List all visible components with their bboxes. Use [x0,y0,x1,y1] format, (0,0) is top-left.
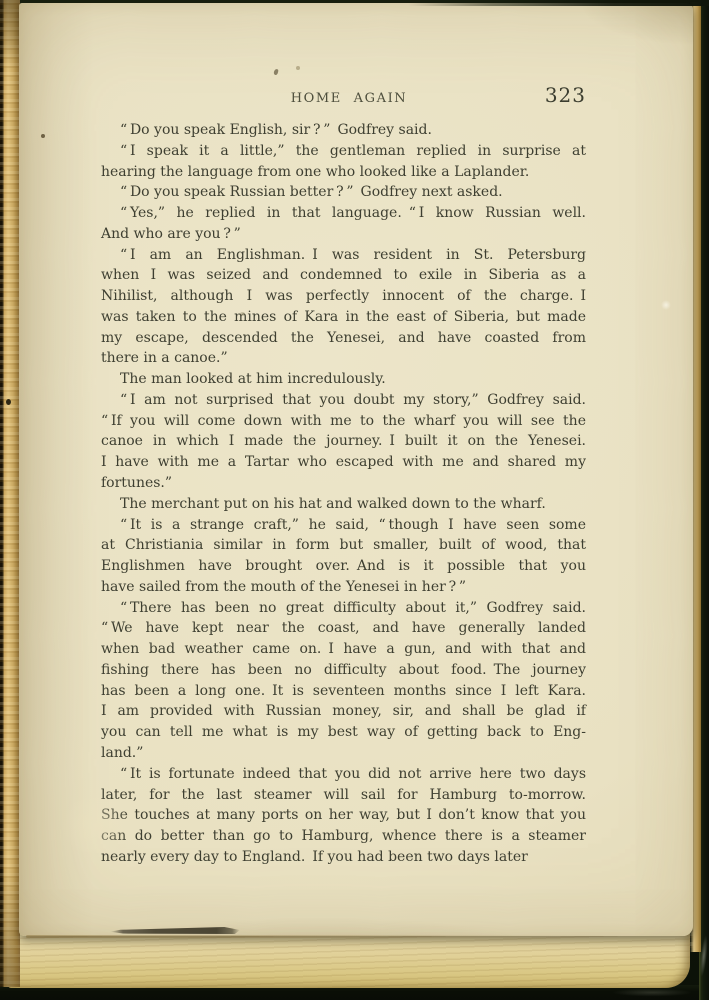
text-line: was taken to the mines of Kara in the ea… [101,307,586,328]
text-line: my escape, descended the Yenesei, and ha… [101,328,586,349]
text-line: And who are you ? ” [101,224,586,245]
text-line: can do better than go to Hamburg, whence… [101,826,586,847]
paragraph: “ I am an Englishman. I was resident in … [101,245,586,370]
page-number: 323 [545,83,586,107]
running-title: HOME AGAIN [112,91,586,106]
text-line: “ Yes,” he replied in that language. “ I… [101,203,586,224]
paragraph: The man looked at him incredulously. [101,369,586,390]
scan-speck [273,69,278,76]
page-header: HOME AGAIN 323 [101,87,586,111]
paragraph: “ There has been no great difficulty abo… [101,598,586,764]
page-bottom-shadow [26,935,610,938]
book-page: HOME AGAIN 323 “ Do you speak English, s… [19,3,693,936]
text-line: The merchant put on his hat and walked d… [101,494,586,515]
text-line: “ There has been no great difficulty abo… [101,598,586,619]
scan-speck [661,300,671,310]
cover-scuff [600,988,695,997]
text-line: you can tell me what is my best way of g… [101,722,586,743]
text-line: I am provided with Russian money, sir, a… [101,701,586,722]
text-line: there in a canoe.” [101,348,586,369]
paragraph: “ I am not surprised that you doubt my s… [101,390,586,494]
paragraph: “ It is a strange craft,” he said, “ tho… [101,515,586,598]
paragraph: “ Do you speak English, sir ? ” Godfrey … [101,120,586,141]
text-line: fishing there has been no difficulty abo… [101,660,586,681]
text-line: Nihilist, although I was perfectly innoc… [101,286,586,307]
page-fore-edge-left [0,0,20,987]
text-line: “ I am an Englishman. I was resident in … [101,245,586,266]
book-scan: HOME AGAIN 323 “ Do you speak English, s… [0,0,709,1000]
text-line: when I was seized and condemned to exile… [101,265,586,286]
text-line: “ If you will come down with me to the w… [101,411,586,432]
text-line: when bad weather came on. I have a gun, … [101,639,586,660]
scan-speck [240,312,245,316]
paragraph: “ Yes,” he replied in that language. “ I… [101,203,586,245]
text-line: fortunes.” [101,473,586,494]
text-line: land.” [101,743,586,764]
paragraph: The merchant put on his hat and walked d… [101,494,586,515]
paragraph: “ Do you speak Russian better ? ” Godfre… [101,182,586,203]
text-line: The man looked at him incredulously. [101,369,586,390]
text-line: “ It is fortunate indeed that you did no… [101,764,586,785]
text-line: I have with me a Tartar who escaped with… [101,452,586,473]
text-line: later, for the last steamer will sail fo… [101,785,586,806]
text-line: nearly every day to England. If you had … [101,847,586,868]
text-line: have sailed from the mouth of the Yenese… [101,577,586,598]
paragraph: “ It is fortunate indeed that you did no… [101,764,586,868]
scan-speck [6,399,11,405]
text-line: has been a long one. It is seventeen mon… [101,681,586,702]
text-line: Englishmen have brought over. And is it … [101,556,586,577]
text-line: “ I speak it a little,” the gentleman re… [101,141,586,162]
scan-speck [41,134,45,138]
text-line: at Christiania similar in form but small… [101,535,586,556]
text-line: “ We have kept near the coast, and have … [101,618,586,639]
text-line: “ I am not surprised that you doubt my s… [101,390,586,411]
text-line: canoe in which I made the journey. I bui… [101,431,586,452]
text-line: “ Do you speak English, sir ? ” Godfrey … [101,120,586,141]
paragraph: “ I speak it a little,” the gentleman re… [101,141,586,183]
text-line: “ Do you speak Russian better ? ” Godfre… [101,182,586,203]
text-line: hearing the language from one who looked… [101,162,586,183]
text-block: “ Do you speak English, sir ? ” Godfrey … [101,120,586,868]
text-line: She touches at many ports on her way, bu… [101,805,586,826]
text-line: “ It is a strange craft,” he said, “ tho… [101,515,586,536]
paper-stain [57,798,137,853]
scan-speck [296,66,300,70]
book-cover-top [408,0,709,6]
